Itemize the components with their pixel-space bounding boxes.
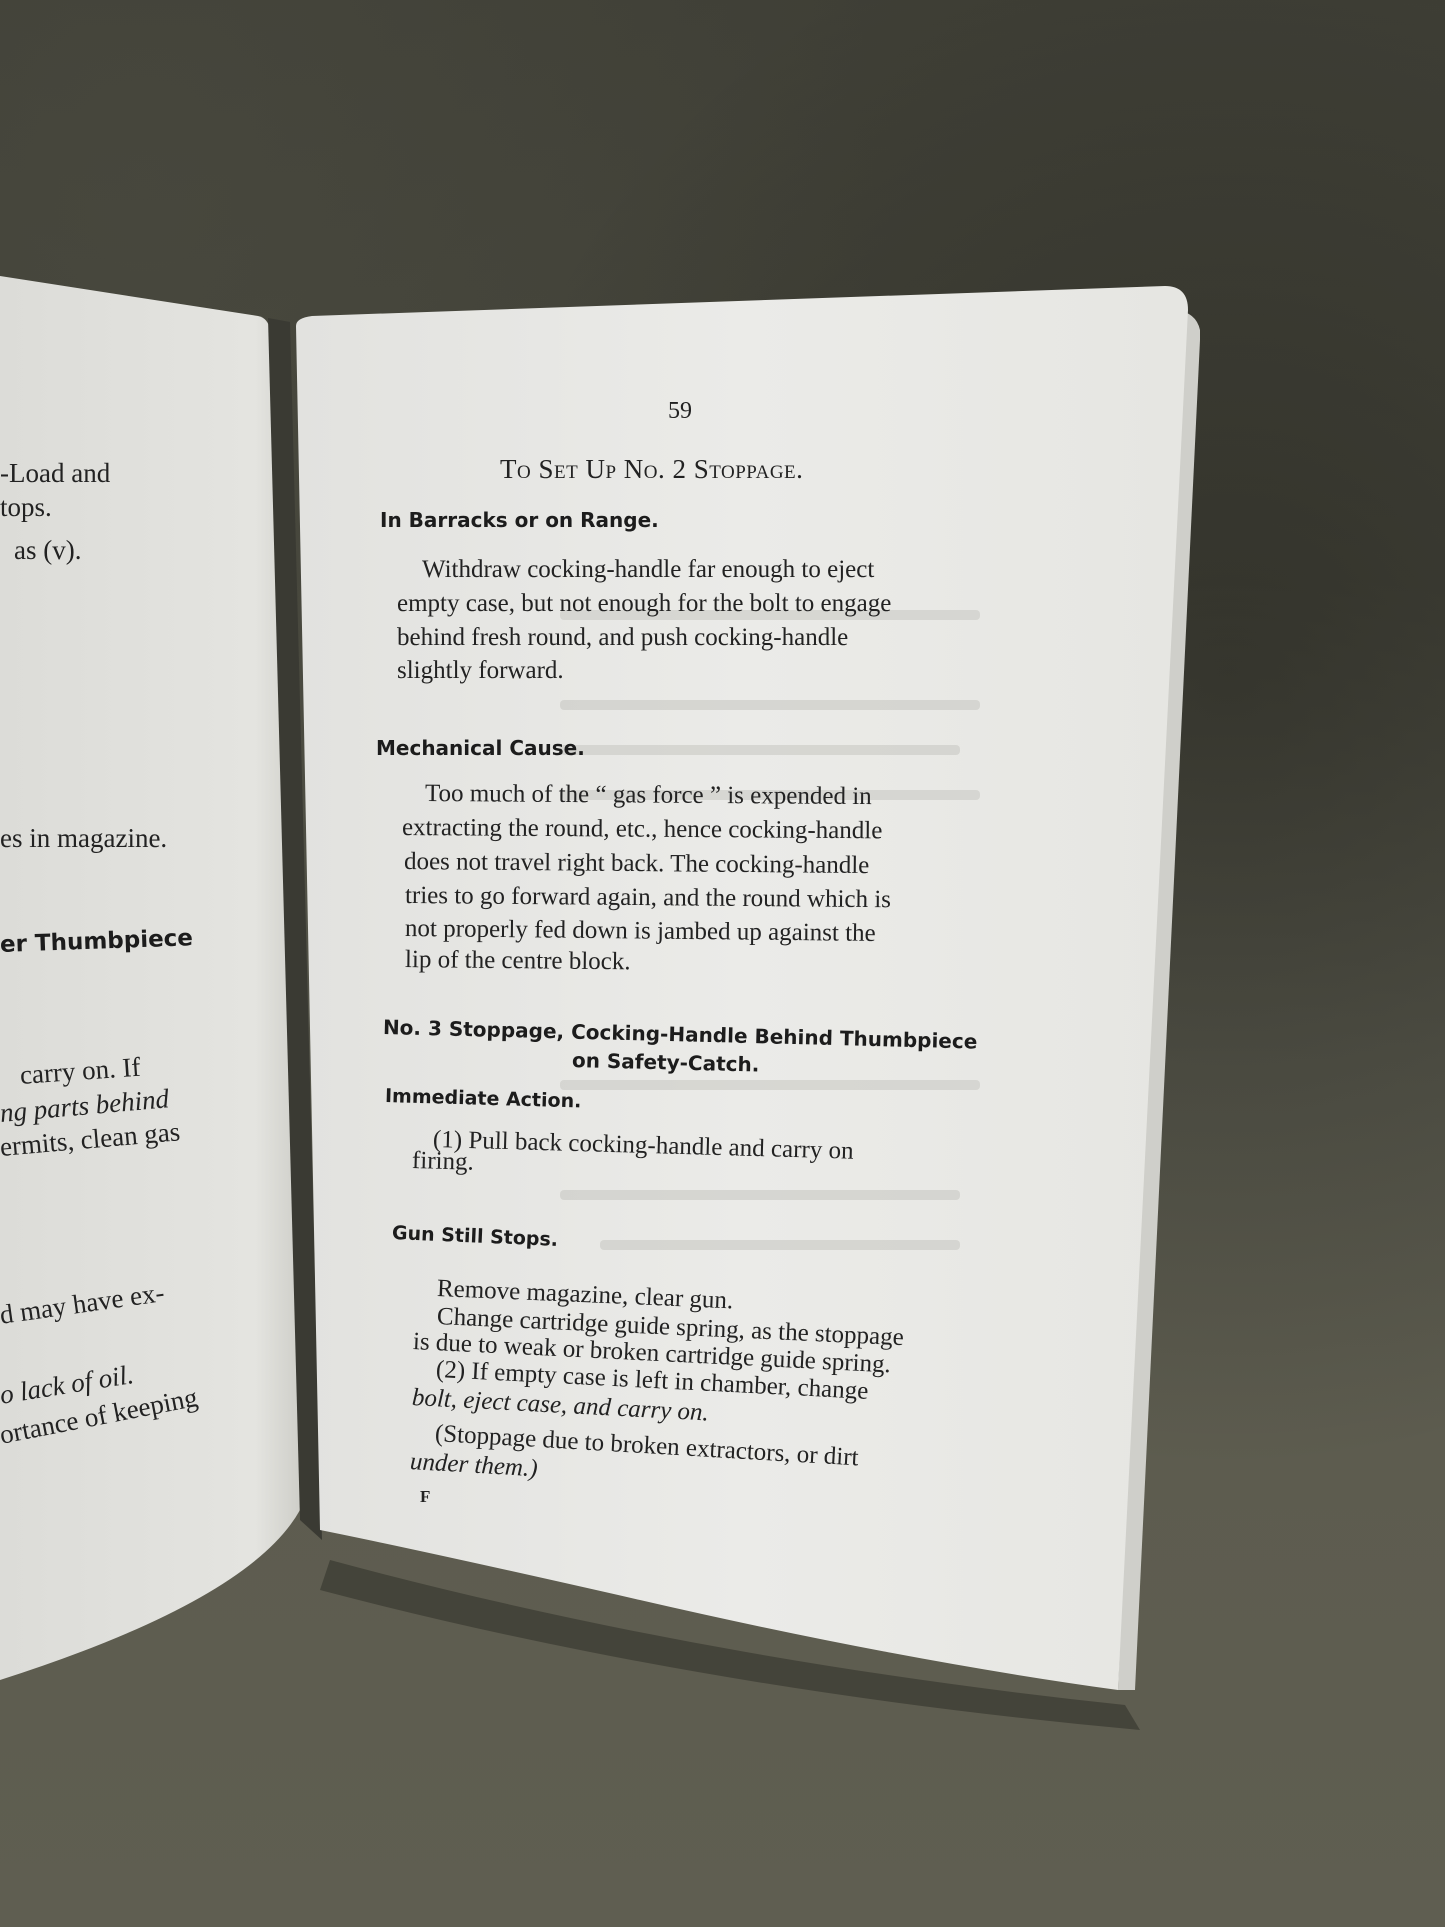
left-line: -Load and [0, 458, 110, 489]
body-line: Too much of the “ gas force ” is expende… [425, 780, 872, 811]
body-line: Withdraw cocking-handle far enough to ej… [422, 556, 874, 584]
section-heading: In Barracks or on Range. [380, 508, 659, 532]
left-line: es in magazine. [0, 823, 167, 854]
booklet-pages [0, 0, 1445, 1927]
right-page [296, 286, 1188, 1690]
body-line: firing. [412, 1147, 475, 1177]
body-line: does not travel right back. The cocking-… [404, 848, 870, 880]
left-line: as (v). [14, 535, 81, 566]
left-line: tops. [0, 492, 52, 523]
body-line: extracting the round, etc., hence cockin… [402, 814, 883, 845]
body-line: tries to go forward again, and the round… [405, 882, 891, 914]
body-line: lip of the centre block. [405, 946, 631, 976]
page-number: 59 [668, 398, 692, 425]
body-line: behind fresh round, and push cocking-han… [397, 624, 848, 652]
section-heading: on Safety-Catch. [572, 1048, 760, 1077]
body-line: empty case, but not enough for the bolt … [397, 590, 891, 618]
signature-mark: F [420, 1487, 430, 1507]
page-title: To Set Up No. 2 Stoppage. [500, 454, 803, 485]
body-line: not properly fed down is jambed up again… [405, 915, 876, 948]
section-heading: Mechanical Cause. [376, 736, 585, 760]
body-line: slightly forward. [397, 657, 564, 685]
